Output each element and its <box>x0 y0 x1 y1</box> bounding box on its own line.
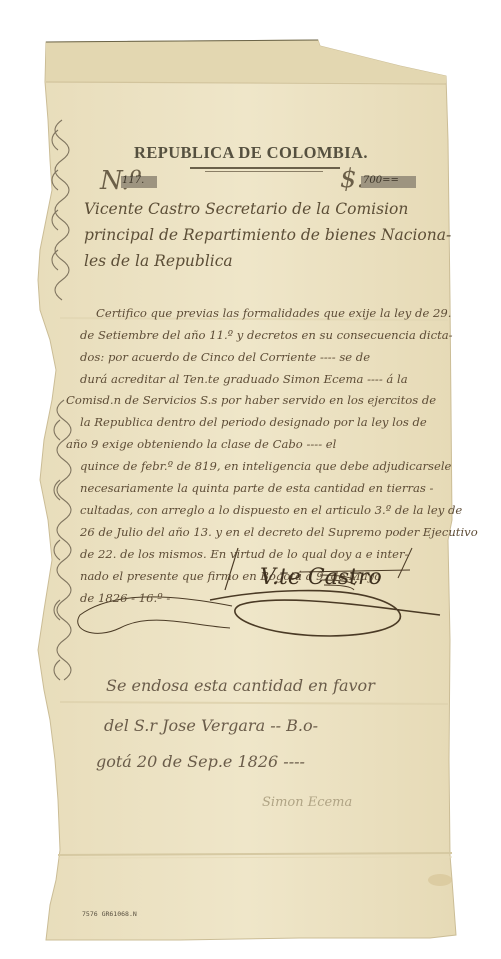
heading-line: les de la Republica <box>84 252 233 270</box>
body-line: Comisd.n de Servicios S.s por haber serv… <box>66 393 436 407</box>
body-line: de Setiembre del año 11.º y decretos en … <box>80 328 453 342</box>
body-line: de 22. de los mismos. En virtud de lo qu… <box>80 547 408 561</box>
body-line: de 1826 - 16.º - <box>80 591 170 605</box>
number-value: 117. <box>122 175 144 186</box>
body-line: 26 de Julio del año 13. y en el decreto … <box>80 525 478 539</box>
title-underline <box>190 167 340 169</box>
body-line: la Republica dentro del periodo designad… <box>80 415 427 429</box>
signature: V.te Castro <box>260 565 382 590</box>
amount-value: 700== <box>363 175 399 186</box>
body-line: quince de febr.º de 819, en inteligencia… <box>80 459 451 473</box>
faint-signature: Simon Ecema <box>262 795 352 810</box>
document-title: REPUBLICA DE COLOMBIA. <box>134 143 368 163</box>
body-line: año 9 exige obteniendo la clase de Cabo … <box>66 437 336 451</box>
endorsement-line: gotá 20 de Sep.e 1826 ---- <box>96 752 305 771</box>
body-line: cultadas, con arreglo a lo dispuesto en … <box>80 503 462 517</box>
endorsement-line: del S.r Jose Vergara -- B.o- <box>104 716 318 735</box>
document-paper: REPUBLICA DE COLOMBIA. N.º 117. $. 700==… <box>0 0 501 959</box>
archive-stamp: 7576 GR61068.N <box>82 910 137 918</box>
body-line: Certifico que previas las formalidades q… <box>96 306 451 320</box>
heading-line: Vicente Castro Secretario de la Comision <box>84 200 408 218</box>
body-line: dos: por acuerdo de Cinco del Corriente … <box>80 350 370 364</box>
body-line: necesariamente la quinta parte de esta c… <box>80 481 433 495</box>
title-underline-thin <box>205 171 323 172</box>
endorsement-line: Se endosa esta cantidad en favor <box>106 676 375 695</box>
heading-line: principal de Repartimiento de bienes Nac… <box>84 226 451 244</box>
body-line: durá acreditar al Ten.te graduado Simon … <box>80 372 408 386</box>
